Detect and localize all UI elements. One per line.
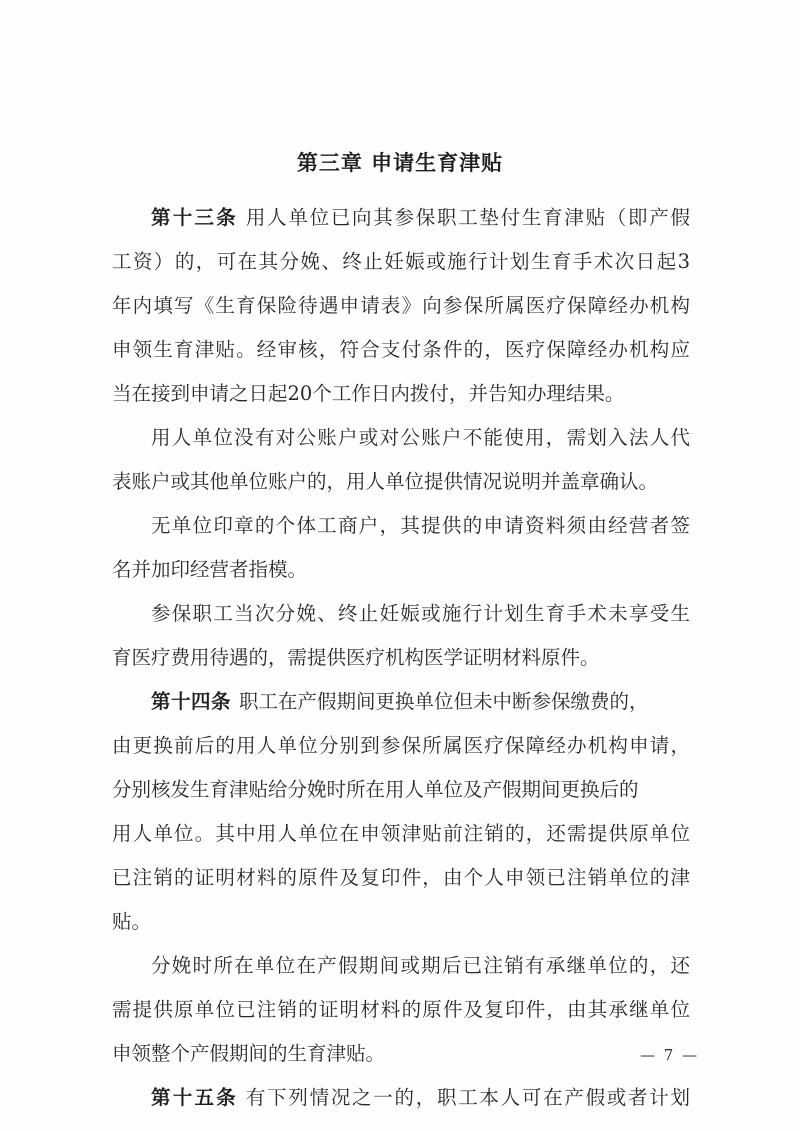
text-line: 第十五条有下列情况之一的，职工本人可在产假或者计划 [112, 1076, 690, 1120]
text-line: 工资）的，可在其分娩、终止妊娠或施行计划生育手术次日起3 [112, 240, 690, 284]
page-number: — 7 — [640, 1046, 699, 1064]
text-line: 由更换前后的用人单位分别到参保所属医疗保障经办机构申请， [112, 724, 690, 768]
text-line: 分别核发生育津贴给分娩时所在用人单位及产假期间更换后的 [112, 768, 690, 812]
text-line: 表账户或其他单位账户的，用人单位提供情况说明并盖章确认。 [112, 460, 690, 504]
article-heading: 第十五条 [151, 1086, 238, 1109]
text-line: 用人单位。其中用人单位在申领津贴前注销的，还需提供原单位 [112, 812, 690, 856]
text-line: 年内填写《生育保险待遇申请表》向参保所属医疗保障经办机构 [112, 284, 690, 328]
text-line: 第十三条用人单位已向其参保职工垫付生育津贴（即产假 [112, 196, 690, 240]
chapter-title: 第三章 申请生育津贴 [0, 147, 800, 177]
text-line: 申领整个产假期间的生育津贴。 [112, 1032, 690, 1076]
text-line: 需提供原单位已注销的证明材料的原件及复印件，由其承继单位 [112, 988, 690, 1032]
text-line: 第十四条职工在产假期间更换单位但未中断参保缴费的， [112, 680, 690, 724]
text-line: 贴。 [112, 900, 690, 944]
line-text: 有下列情况之一的，职工本人可在产假或者计划 [246, 1086, 690, 1109]
text-line: 参保职工当次分娩、终止妊娠或施行计划生育手术未享受生 [112, 592, 690, 636]
text-line: 分娩时所在单位在产假期间或期后已注销有承继单位的，还 [112, 944, 690, 988]
text-line: 申领生育津贴。经审核，符合支付条件的，医疗保障经办机构应 [112, 328, 690, 372]
document-body: 第十三条用人单位已向其参保职工垫付生育津贴（即产假 工资）的，可在其分娩、终止妊… [112, 196, 690, 1120]
line-text: 用人单位已向其参保职工垫付生育津贴（即产假 [246, 206, 690, 229]
text-line: 育医疗费用待遇的，需提供医疗机构医学证明材料原件。 [112, 636, 690, 680]
text-line: 用人单位没有对公账户或对公账户不能使用，需划入法人代 [112, 416, 690, 460]
article-heading: 第十四条 [151, 690, 231, 713]
line-text: 职工在产假期间更换单位但未中断参保缴费的， [239, 690, 649, 713]
text-line: 无单位印章的个体工商户，其提供的申请资料须由经营者签 [112, 504, 690, 548]
text-line: 当在接到申请之日起20个工作日内拨付，并告知办理结果。 [112, 372, 690, 416]
text-line: 名并加印经营者指模。 [112, 548, 690, 592]
text-line: 已注销的证明材料的原件及复印件，由个人申领已注销单位的津 [112, 856, 690, 900]
document-page: 第三章 申请生育津贴 第十三条用人单位已向其参保职工垫付生育津贴（即产假 工资）… [0, 0, 800, 1131]
article-heading: 第十三条 [151, 206, 238, 229]
